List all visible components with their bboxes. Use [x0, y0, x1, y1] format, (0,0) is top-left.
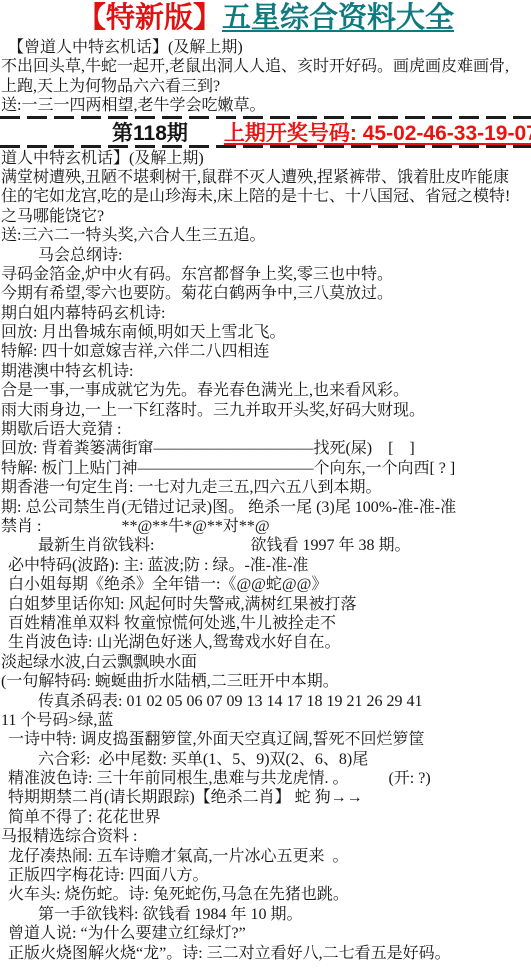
text-line: 正版火烧图解火烧“龙”。诗: 三二对立看好八,二七看五是好码。 — [0, 944, 531, 963]
text-line: 道人中特玄机话】(及解上期) — [0, 149, 531, 168]
text-line: 马会总纲诗: — [0, 246, 531, 265]
text-line: 寻码金箔金,炉中火有码。东宫都督争上奖,零三也中特。 — [0, 265, 531, 284]
text-line: 回放: 月出鲁城东南倾,明如天上雪北飞。 — [0, 323, 531, 342]
text-line: 期香港一句定生肖: 一七对九走三五,四六五八到本期。 — [0, 478, 531, 497]
text-line: 百姓精准单双料 牧童惊慌何处逃,牛儿被拴走不 — [0, 614, 531, 633]
text-line: 正版四字梅花诗: 四面八方。 — [0, 866, 531, 885]
page-title: 【特新版】五星综合资料大全 — [0, 0, 531, 37]
text-line: 回放: 背着粪篓满街窜——————————找死(屎) [ ] — [0, 439, 531, 458]
text-line: 之马哪能饶它? — [0, 207, 531, 226]
text-line: 火车头: 烧伤蛇。诗: 兔死蛇伤,马急在先猪也跳。 — [0, 885, 531, 904]
title-link[interactable]: 五星综合资料大全 — [222, 2, 454, 34]
body-text-block: 道人中特玄机话】(及解上期)满堂树遭殃,丑陋不堪剩树干,鼠群不灭人遭殃,捏紧裤带… — [0, 149, 531, 963]
text-line: 特解: 板门上贴门神———————————个向东,一个向西[ ? ] — [0, 459, 531, 478]
text-line: 上跑,天上为何物品六六看三到? — [0, 77, 531, 96]
text-line: 期港澳中特玄机诗: — [0, 362, 531, 381]
lottery-info-page: 【特新版】五星综合资料大全 【曾道人中特玄机话】(及解上期)不出回头草,牛蛇一起… — [0, 0, 531, 976]
text-line: 住的宅如龙宫,吃的是山珍海未,床上陪的是十七、十八国冠、省冠之模特! — [0, 187, 531, 206]
text-line: 送:一三一四两相望,老牛学会吃嫩草。 — [0, 96, 531, 115]
intro-text-block: 【曾道人中特玄机话】(及解上期)不出回头草,牛蛇一起开,老鼠出洞人人追、亥时开好… — [0, 38, 531, 116]
text-line: 一诗中特: 调皮捣蛋翻箩筐,外面天空真辽阔,誓死不回烂箩筐 — [0, 730, 531, 749]
text-line: 最新生肖欲钱料: 欲钱看 1997 年 38 期。 — [0, 536, 531, 555]
text-line: 特解: 四十如意嫁吉祥,六伴二八四相连 — [0, 342, 531, 361]
text-line: 期白姐内幕特码玄机诗: — [0, 304, 531, 323]
text-line: 今期有希望,零六也要防。菊花白鹤两争中,三八莫放过。 — [0, 284, 531, 303]
text-line: 龙仔凑热闹: 五车诗赡才氣高,一片冰心五更来 。 — [0, 847, 531, 866]
text-line: 六合彩: 必中尾数: 买单(1、5、9)双(2、6、8)尾 — [0, 750, 531, 769]
text-line: 雨大雨身边,一上一下红落时。三九并取开头奖,好码大财现。 — [0, 401, 531, 420]
issue-bar: 第118期 上期开奖号码: 45-02-46-33-19-07+16 — [0, 119, 531, 145]
previous-draw-result: 上期开奖号码: 45-02-46-33-19-07+16 — [224, 119, 531, 145]
issue-number: 第118期 — [112, 119, 188, 145]
text-line: 白小姐每期《绝杀》全年错一:《@@蛇@@》 — [0, 575, 531, 594]
title-edition-badge: 【特新版】 — [77, 2, 222, 34]
text-line: 期歇后语大竞猜 : — [0, 420, 531, 439]
text-line: 合是一事,一事成就它为先。春光春色满光上,也来看风彩。 — [0, 381, 531, 400]
text-line: (一句解特码: 蜿蜒曲折水陆栖,二三旺开中本期。 — [0, 672, 531, 691]
text-line: 马报精选综合资料 : — [0, 827, 531, 846]
text-line: 送:三六二一特头奖,六合人生三五追。 — [0, 226, 531, 245]
text-line: 必中特码(波路): 主: 蓝波;防 : 绿。-准-准-准 — [0, 556, 531, 575]
text-line: 传真杀码表: 01 02 05 06 07 09 13 14 17 18 19 … — [0, 692, 531, 711]
text-line: 第一手欲钱料: 欲钱看 1984 年 10 期。 — [0, 905, 531, 924]
text-line: 不出回头草,牛蛇一起开,老鼠出洞人人追、亥时开好码。画虎画皮难画骨, — [0, 57, 531, 76]
text-line: 11 个号码>绿,蓝 — [0, 711, 531, 730]
text-line: 【曾道人中特玄机话】(及解上期) — [0, 38, 531, 57]
text-line: 特期期禁二肖(请长期跟踪)【绝杀二肖】 蛇 狗→→ — [0, 788, 531, 807]
text-line: 满堂树遭殃,丑陋不堪剩树干,鼠群不灭人遭殃,捏紧裤带、饿着肚皮咋能康 — [0, 168, 531, 187]
dashed-divider-bottom — [0, 145, 531, 148]
text-line: 期: 总公司禁生肖(无错过记录)图。 绝杀一尾 (3)尾 100%-准-准-准 — [0, 498, 531, 517]
text-line: 白姐梦里话你知: 风起何时失警戒,满树红果被打落 — [0, 595, 531, 614]
text-line: 淡起绿水波,白云飘飘映水面 — [0, 653, 531, 672]
text-line: 精准波色诗: 三十年前同根生,患难与共龙虎情. 。 (开: ?) — [0, 769, 531, 788]
text-line: 简单不得了: 花花世界 — [0, 808, 531, 827]
text-line: 曾道人说: “为什么要建立红绿灯?” — [0, 924, 531, 943]
text-line: 生肖波色诗: 山光湖色好迷人,鸳鸯戏水好自在。 — [0, 633, 531, 652]
text-line: 禁肖 : **@**牛*@**对**@ — [0, 517, 531, 536]
